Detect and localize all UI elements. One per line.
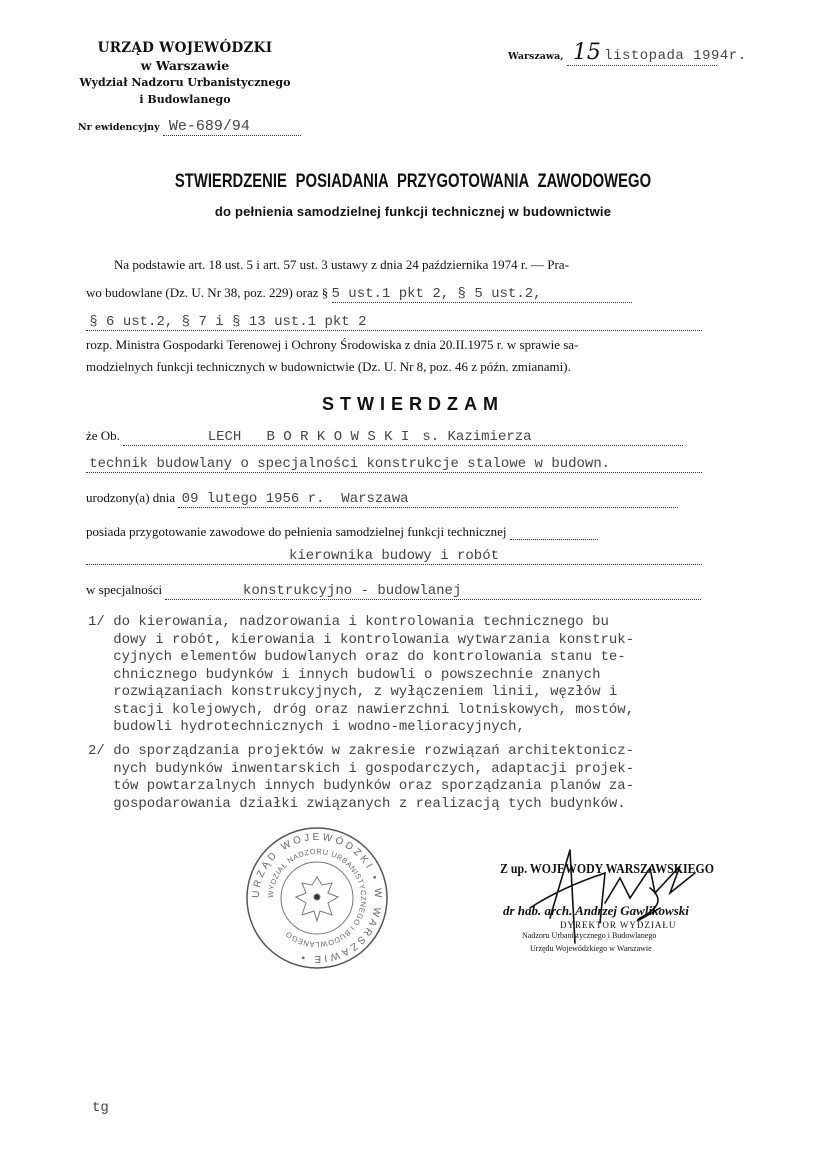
- handwritten-signature-icon: [520, 848, 720, 948]
- record-number: Nr ewidencyjny We-689/94: [78, 118, 301, 136]
- office-line: Wydział Nadzoru Urbanistycznego: [70, 74, 300, 91]
- scope-item-1: 1/ do kierowania, nadzorowania i kontrol…: [88, 614, 634, 737]
- place-date: Warszawa, 15 listopada 1994r.: [508, 40, 717, 66]
- place-label: Warszawa,: [508, 51, 564, 62]
- born-label: urodzony(a) dnia: [86, 490, 175, 505]
- official-stamp: URZĄD WOJEWÓDZKI • W WARSZAWIE • WYDZIAŁ…: [244, 825, 390, 971]
- record-number-label: Nr ewidencyjny: [78, 122, 160, 133]
- date-rest: listopada 1994r.: [604, 48, 746, 64]
- document-title: STWIERDZENIE POSIADANIA PRZYGOTOWANIA ZA…: [91, 171, 735, 193]
- person-father: s. Kazimierza: [422, 429, 531, 445]
- legal-basis-line: Na podstawie art. 18 ust. 5 i art. 57 us…: [86, 257, 702, 272]
- legal-paragraphs-cont: § 6 ust.2, § 7 i § 13 ust.1 pkt 2: [89, 314, 366, 330]
- legal-basis-line: rozp. Ministra Gospodarki Terenowej i Oc…: [86, 337, 702, 352]
- issuing-office: URZĄD WOJEWÓDZKI w Warszawie Wydział Nad…: [70, 40, 300, 108]
- specialty-label: w specjalności: [86, 582, 162, 597]
- qualification-label: posiada przygotowanie zawodowe do pełnie…: [86, 524, 507, 539]
- function-row: kierownika budowy i robót: [86, 547, 702, 565]
- document-subtitle: do pełnienia samodzielnej funkcji techni…: [0, 204, 826, 219]
- typist-initials: tg: [92, 1100, 109, 1116]
- person-label: że Ob.: [86, 428, 120, 443]
- record-number-value: We-689/94: [169, 118, 250, 135]
- legal-basis-line: modzielnych funkcji technicznych w budow…: [86, 359, 702, 374]
- office-line: w Warszawie: [70, 57, 300, 74]
- legal-basis-prefix: wo budowlane (Dz. U. Nr 38, poz. 229) or…: [86, 285, 328, 300]
- office-line: URZĄD WOJEWÓDZKI: [70, 40, 300, 57]
- declaration-heading: STWIERDZAM: [0, 394, 826, 415]
- profession-row: technik budowlany o specjalności konstru…: [86, 455, 702, 473]
- specialty-row: w specjalności konstrukcyjno - budowlane…: [86, 582, 702, 600]
- specialty-value: konstrukcyjno - budowlanej: [243, 583, 461, 599]
- office-line: i Budowlanego: [70, 91, 300, 108]
- birth-row: urodzony(a) dnia 09 lutego 1956 r. Warsz…: [86, 490, 702, 508]
- legal-basis-line: wo budowlane (Dz. U. Nr 38, poz. 229) or…: [86, 285, 702, 303]
- legal-basis-line: § 6 ust.2, § 7 i § 13 ust.1 pkt 2: [86, 313, 702, 331]
- person-profession: technik budowlany o specjalności konstru…: [89, 456, 610, 472]
- qualification-row: posiada przygotowanie zawodowe do pełnie…: [86, 524, 702, 540]
- born-value: 09 lutego 1956 r. Warszawa: [182, 491, 409, 507]
- person-name: LECH B O R K O W S K I: [208, 429, 410, 445]
- person-row: że Ob. LECH B O R K O W S K I s. Kazimie…: [86, 428, 702, 446]
- date-day: 15: [573, 40, 601, 65]
- legal-paragraphs: 5 ust.1 pkt 2, § 5 ust.2,: [332, 286, 542, 302]
- eagle-emblem-icon: [296, 877, 338, 921]
- function-value: kierownika budowy i robót: [289, 548, 499, 564]
- scope-item-2: 2/ do sporządzania projektów w zakresie …: [88, 743, 634, 813]
